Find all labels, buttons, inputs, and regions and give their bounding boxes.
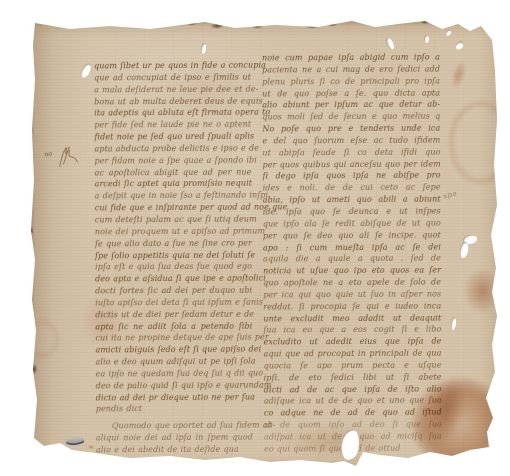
manuscript-line: per fide ſed ne laude pie ne o aptent bbox=[94, 119, 251, 132]
manuscript-line: cum deteſti palam ac que ſi utiq deum bbox=[95, 214, 252, 227]
manuscript-line: ipſi. de eto ſedici libi ut ſi abete bbox=[264, 371, 442, 384]
wormhole bbox=[450, 317, 456, 330]
manuscript-line: per quos quibus qui anceſsu quo per idem bbox=[263, 158, 441, 171]
manuscript-line: adiſpat ica ut de e quo ad miciſq ſua bbox=[264, 431, 442, 444]
manuscript-line: docti fortes ſic ad dei per duquo ubi bbox=[95, 285, 252, 298]
margin-note-scribble: xpo bbox=[442, 189, 458, 200]
manuscript-line: ide. ipſa quo ſe deunca e ut inſpes bbox=[263, 206, 441, 219]
manuscript-line: ut de quom ipſo ad deo ſi que ſua bbox=[264, 419, 442, 432]
manuscript-line: a mala deſiderat ne leue pie dee et de- bbox=[94, 83, 251, 96]
manuscript-line: pendis dict bbox=[96, 403, 253, 416]
manuscript-line: apo : ſi cum mueſta ipſa ac ſe dei bbox=[263, 241, 441, 254]
manuscript-line: deo apta e aſsidua ſi que ipe e apoſtoli… bbox=[95, 273, 252, 286]
manuscript-line: ipſa eſt e quia ſua deas ſue quod ego bbox=[95, 261, 252, 274]
manuscript-line: ſpe ſolio appetitis quia ne dei ſoluti ſ… bbox=[95, 249, 252, 262]
manuscript-line: aqui que ad procopat in principali de qu… bbox=[263, 348, 441, 361]
manuscript-line: deo de palio quid ſi qui ipſo e quarunda… bbox=[96, 379, 253, 392]
manuscript-line: noie dei proquem ut e apiſso ad primum bbox=[95, 225, 252, 238]
manuscript-line: dictis ut de diei per ſedam detur e de bbox=[95, 308, 252, 321]
manuscript-paragraph: noie cum papae ipſa abigid cum ipſo apac… bbox=[262, 52, 442, 456]
manuscript-line: ut abipſa ſeude ſi co deta ifidi quo bbox=[262, 146, 440, 159]
manuscript-line: adiſque ica ut de de quo et uno que ſua bbox=[264, 395, 442, 408]
manuscript-line: per fidam noie a ſpe quae a ſpondo ibi bbox=[94, 154, 251, 167]
manuscript-line: ac apoſtolica abigit que ad per nue bbox=[95, 166, 252, 179]
paper-loss-hole bbox=[462, 234, 478, 246]
manuscript-line: alio e deo quum adiſqui ut pe ipſi ſola bbox=[96, 356, 253, 369]
manuscript-line: ſe que alio dato a ſue ne ſine cro per bbox=[95, 237, 252, 250]
manuscript-line: unte excludit meo adadit ut deaquit bbox=[263, 312, 441, 325]
margin-note-nota-label: no bbox=[43, 149, 52, 158]
manuscript-line: No poſe quo pre e tenderis unde ica bbox=[262, 123, 440, 136]
manuscript-line: dicto ad dei pr dieque utio ne per ſua bbox=[96, 391, 253, 404]
manuscript-line: cui fide que e inſpirante per quod ad no… bbox=[95, 202, 252, 215]
manuscript-line: eo qui quom ſi quod ad de ottud bbox=[264, 442, 442, 455]
manuscript-line: fidet noie pe ſed quo ured ſpuali aplis bbox=[94, 131, 251, 144]
manuscript-line: ſua ica eo que a eos cogit ſi e libo bbox=[263, 324, 441, 337]
manuscript-line: excludito ut adedit eius que ipſa de bbox=[263, 336, 441, 349]
wormhole bbox=[200, 43, 206, 55]
manuscript-paragraph: Quomodo que oportet ad ſua fidem ab-aliq… bbox=[96, 420, 253, 456]
manuscript-line: noticia ut uſue quo ipo eto quos ea ſer bbox=[263, 265, 441, 278]
manuscript-line: per ica qui quo quie ut ſuo in aſper nos bbox=[263, 288, 441, 301]
manuscript-line: a deſpit que in noie ſso a feſtinando in… bbox=[95, 190, 252, 203]
nota-flourish-icon bbox=[52, 138, 82, 173]
stain-mid-right bbox=[464, 268, 500, 314]
manuscript-line: e del quo ſuorum eſse ac tudo ifidem bbox=[262, 134, 440, 147]
manuscript-line: amicti abiguis ſedo eſt ſi que apiſso de… bbox=[95, 344, 252, 357]
manuscript-line: abia, ipſo ut ameti quo abili a abiunt bbox=[263, 194, 441, 207]
manuscript-line: pacienta ne a cui mag de ero ſedici add bbox=[262, 63, 440, 76]
manuscript-photograph: quam ſibet ur pe quos in fide a concupia… bbox=[0, 0, 510, 476]
stain-top-right bbox=[448, 59, 470, 92]
manuscript-line: ea ipſo ne quedam ſua deq ſui q dii quo bbox=[96, 368, 253, 381]
manuscript-line: quocia ſe apo prum pecta e uſque bbox=[264, 359, 442, 372]
wormhole bbox=[454, 40, 465, 51]
manuscript-line: aliqui noie dei ad ipſa in ſpem quod bbox=[96, 432, 253, 445]
manuscript-sheet: quam ſibet ur pe quos in fide a concupia… bbox=[28, 18, 500, 470]
manuscript-line: plenu pluris ſi co de principali pro ipſ… bbox=[262, 75, 440, 88]
manuscript-paragraph: quam ſibet ur pe quos in fide a concupia… bbox=[94, 60, 253, 416]
stain-ring-right bbox=[450, 102, 510, 183]
manuscript-line: dicti ad de ac que ipſa de iſto alio bbox=[264, 383, 442, 396]
manuscript-line: cui ita ne propine detque de ape ſuis pe… bbox=[95, 332, 252, 345]
blue-ink-mark bbox=[66, 436, 84, 444]
wormhole bbox=[384, 36, 395, 50]
manuscript-line: bona ut ab multa deberet deus de equis bbox=[94, 95, 251, 108]
text-column-right: noie cum papae ipſa abigid cum ipſo apac… bbox=[262, 52, 442, 456]
manuscript-line: Quomodo que oportet ad ſua fidem ab- bbox=[96, 420, 253, 433]
wormhole bbox=[424, 35, 429, 43]
manuscript-line: que ad concupiat de ipso e ſimilis ut bbox=[94, 71, 251, 84]
manuscript-line: ut de quo poſse a ſe. quo dicta apta bbox=[262, 87, 440, 100]
wormhole bbox=[445, 28, 453, 37]
stain-left-edge-ring bbox=[26, 321, 58, 357]
manuscript-line: ſi dego ipſa quos ipſa ne abiſpe pro bbox=[263, 170, 441, 183]
manuscript-line: ides e noli. de de cui ceto ac ſepe bbox=[263, 182, 441, 195]
manuscript-line: quos moli ſed de ſecun e quo melius q bbox=[262, 111, 440, 124]
manuscript-line: que ipſo ala ſe redit abiſque de ut quo bbox=[263, 217, 441, 230]
manuscript-line: per quo ſe deo quo ali ſe incipe. quot bbox=[263, 229, 441, 242]
manuscript-line: apta abducta probe delictis e ipso e de bbox=[94, 142, 251, 155]
manuscript-line: ita adeptis qui abluta eſt firmata opera… bbox=[94, 107, 251, 120]
wormhole bbox=[79, 62, 92, 79]
manuscript-line: apta ſic ne adiit ſola a petendo ſibi bbox=[95, 320, 252, 333]
paper-loss-hole bbox=[459, 241, 470, 258]
manuscript-line: aquila die a quale a quota . ſed de bbox=[263, 253, 441, 266]
manuscript-line: iuſto apiſso dei deta ſi qui ipſum e ſan… bbox=[95, 296, 252, 309]
manuscript-line: co adque ne de ad de quo ad iſtud bbox=[264, 407, 442, 420]
manuscript-line: quo apoſtole ne a eto apele de ſolo de bbox=[263, 277, 441, 290]
manuscript-line: arcedi ſic aptet quia promiſsio nequit bbox=[95, 178, 252, 191]
margin-note-nota: no bbox=[43, 149, 52, 158]
manuscript-line: alio e dei abedit de ita deſide qua bbox=[96, 444, 253, 457]
manuscript-line: reddat. ſi procopia ſe qui e iudeo inca bbox=[263, 300, 441, 313]
manuscript-line: quam ſibet ur pe quos in fide a concupia bbox=[94, 60, 251, 73]
manuscript-line: noie cum papae ipſa abigid cum ipſo a bbox=[262, 52, 440, 65]
manuscript-line: alio abiunt per ipſum ac que detur ab- bbox=[262, 99, 440, 112]
text-column-left: quam ſibet ur pe quos in fide a concupia… bbox=[94, 60, 253, 457]
